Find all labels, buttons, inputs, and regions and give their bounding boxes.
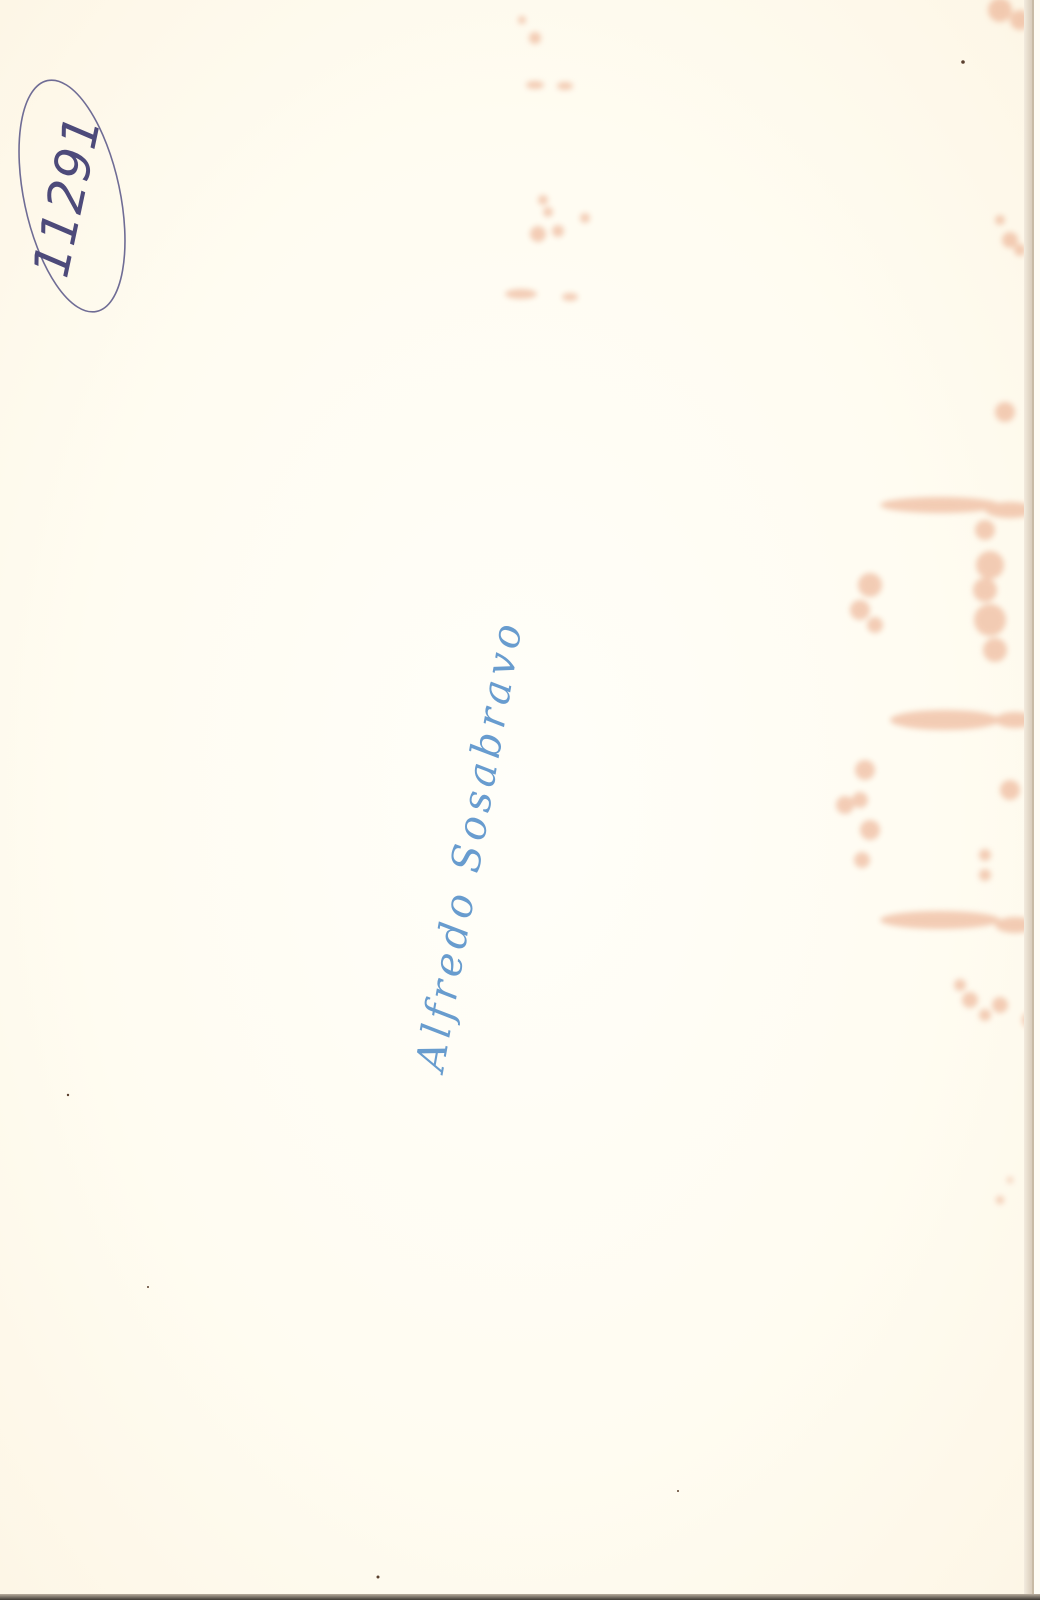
foxing-stains	[0, 0, 1034, 1597]
inventory-number-stamp: 11291	[8, 78, 126, 313]
handwritten-name: Alfredo Sosabravo	[408, 616, 533, 1075]
card-back: 11291 Alfredo Sosabravo	[0, 0, 1034, 1597]
bottom-edge	[0, 1594, 1040, 1600]
right-edge	[1024, 0, 1032, 1597]
